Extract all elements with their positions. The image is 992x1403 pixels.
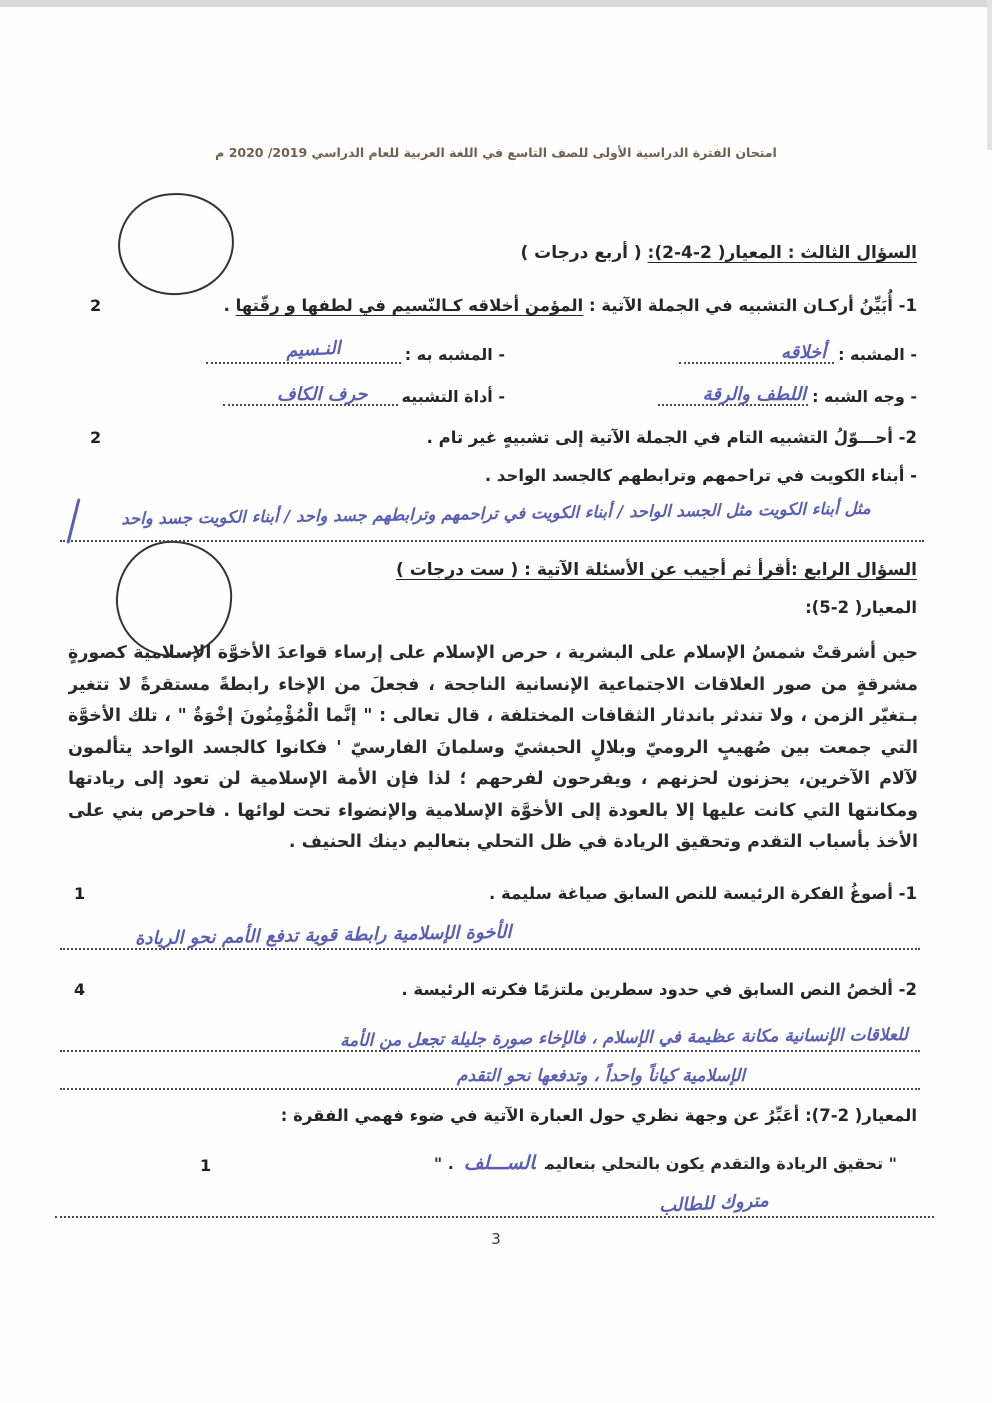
section3-q1-line: 1- أُبَيِّنُ أركـان التشبيه في الجملة ال… (224, 296, 917, 315)
answer-moshabbah-blank: أخلاقه (679, 338, 834, 364)
standard-2-7-label: المعيار( 2-7): أعَبِّرُ عن وجهة نظري حول… (281, 1106, 917, 1125)
q1-mark: 2 (90, 296, 101, 315)
opinion-answer-line: متروك للطالب (55, 1178, 934, 1218)
hand-drawn-circle-top (115, 189, 238, 299)
handwritten-moshabbah: أخلاقه (781, 342, 826, 363)
answer-moshabbah-bihi: - المشبه به :النـسيم (170, 338, 505, 364)
answer-wajh: - وجه الشبه :اللطف والرقة (654, 380, 917, 406)
opinion-mark: 1 (200, 1156, 211, 1175)
scan-edge-artifact-right (987, 0, 992, 150)
quote-end: . " (434, 1154, 454, 1173)
answer-adah-label: - أداة التشبيه (402, 387, 505, 406)
section4-q2-mark: 4 (74, 980, 85, 999)
summary-answer-line-2: الإسلامية كياناً واحداً ، وتدفعها نحو ال… (60, 1052, 920, 1090)
answer-adah: - أداة التشبيهحرف الكاف (170, 380, 505, 406)
q1-target-sentence: المؤمن أخلاقه كـالنّسيم في لطفها و رقّته… (236, 296, 584, 315)
section4-title: السؤال الرابع :أقرأ ثم أجيب عن الأسئلة ا… (396, 560, 917, 580)
answer-moshabbah-bihi-label: - المشبه به : (405, 345, 505, 364)
scan-edge-artifact-top (0, 0, 992, 7)
section4-q1-answer-line: الأخوة الإسلامية رابطة قوية تدفع الأمم ن… (60, 910, 920, 950)
section3-q2-line: 2- أحـــوّلُ التشبيه التام في الجملة الآ… (427, 428, 917, 447)
handwritten-quote-blank: الســـلف (464, 1152, 535, 1174)
answer-moshabbah-label: - المشبه : (838, 345, 917, 364)
q2-mark: 2 (90, 428, 101, 447)
section3-title: السؤال الثالث : المعيار( 2-4-2): ( أربع … (520, 243, 917, 263)
handwritten-summary-2: الإسلامية كياناً واحداً ، وتدفعها نحو ال… (457, 1066, 745, 1086)
handwritten-summary-1: للعلاقات الإنسانية مكانة عظيمة في الإسلا… (340, 1025, 908, 1051)
q2-sentence: - أبناء الكويت في تراحمهم وترابطهم كالجس… (485, 466, 917, 485)
q1-prefix: 1- أُبَيِّنُ أركـان التشبيه في الجملة ال… (583, 296, 917, 315)
handwritten-opinion-answer: متروك للطالب (659, 1190, 770, 1217)
handwritten-moshabbah-bihi: النـسيم (286, 338, 342, 362)
exam-page: امتحان الفترة الدراسية الأولى للصف التاس… (0, 0, 992, 1403)
page-number: 3 (0, 1230, 992, 1248)
section4-q1-line: 1- أصوغُ الفكرة الرئيسة للنص السابق صياغ… (489, 884, 917, 903)
handwritten-wajh: اللطف والرقة (703, 384, 806, 405)
section4-q2-line: 2- ألخصُ النص السابق في حدود سطرين ملتزم… (401, 980, 917, 999)
section3-title-marks: ( أربع درجات ) (520, 243, 647, 263)
handwritten-main-idea: الأخوة الإسلامية رابطة قوية تدفع الأمم ن… (135, 922, 512, 950)
section3-title-main: السؤال الثالث : المعيار( 2-4-2): (648, 243, 917, 263)
answer-wajh-label: - وجه الشبه : (812, 387, 917, 406)
q1-suffix: . (224, 296, 236, 315)
answer-wajh-blank: اللطف والرقة (658, 380, 808, 406)
quote-start: " تحقيق الريادة والتقدم يكون بالتحلي بتع… (545, 1154, 897, 1173)
reading-passage: حين أشرقتْ شمسُ الإسلام على البشرية ، حر… (68, 638, 918, 870)
opinion-quote-line: " تحقيق الريادة والتقدم يكون بالتحلي بتع… (434, 1152, 897, 1174)
answer-adah-blank: حرف الكاف (223, 380, 398, 406)
standard-2-5-label: المعيار( 2-5): (805, 598, 917, 617)
summary-answer-line-1: للعلاقات الإنسانية مكانة عظيمة في الإسلا… (60, 1012, 920, 1052)
answer-moshabbah-bihi-blank: النـسيم (206, 338, 401, 364)
section4-q1-mark: 1 (74, 884, 85, 903)
answer-moshabbah: - المشبه :أخلاقه (675, 338, 917, 364)
handwritten-adah: حرف الكاف (277, 384, 368, 405)
exam-header: امتحان الفترة الدراسية الأولى للصف التاس… (0, 145, 992, 160)
